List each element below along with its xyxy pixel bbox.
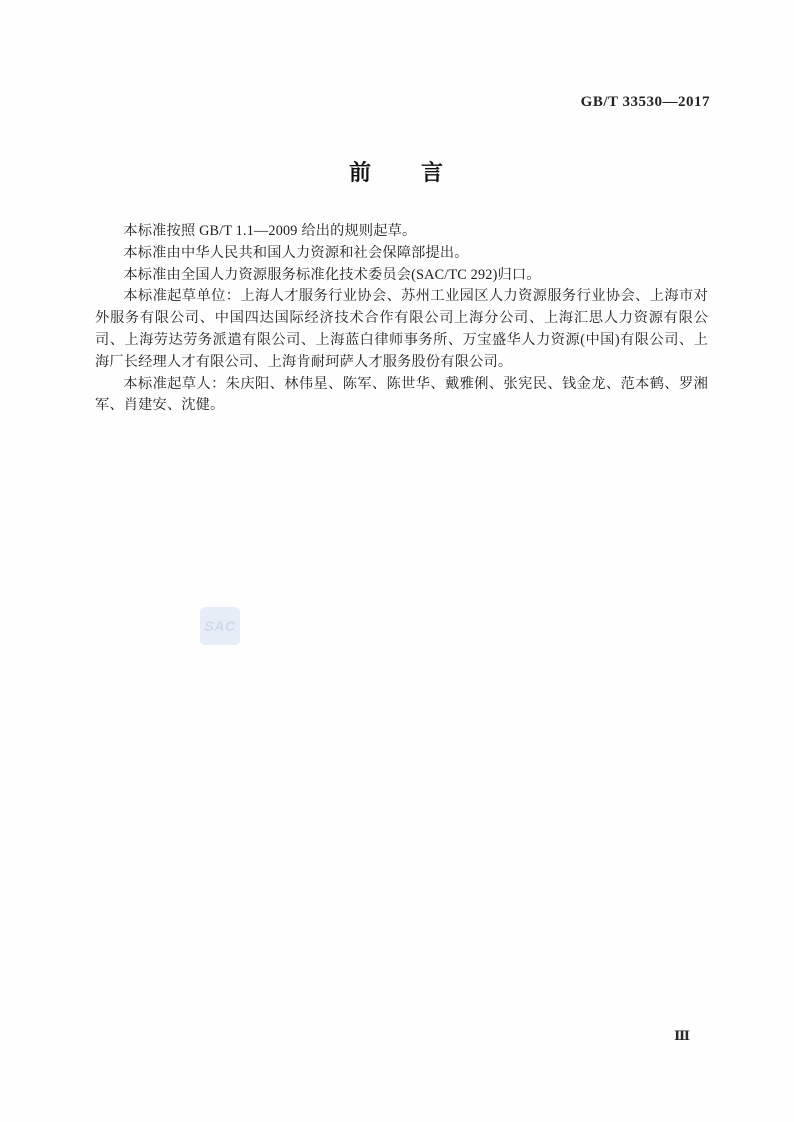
- paragraph-proposed-by: 本标准由中华人民共和国人力资源和社会保障部提出。: [95, 243, 708, 265]
- page-title: 前 言: [0, 156, 794, 187]
- paragraph-drafters: 本标准起草人：朱庆阳、林伟星、陈军、陈世华、戴雅俐、张宪民、钱金龙、范本鹤、罗湘…: [95, 374, 708, 418]
- standard-number: GB/T 33530—2017: [581, 94, 710, 111]
- sac-watermark-logo: SAC: [200, 607, 240, 645]
- foreword-body: 本标准按照 GB/T 1.1—2009 给出的规则起草。 本标准由中华人民共和国…: [95, 221, 708, 417]
- paragraph-drafting-rules: 本标准按照 GB/T 1.1—2009 给出的规则起草。: [95, 221, 708, 243]
- page-number: Ⅲ: [674, 1028, 690, 1044]
- document-page: GB/T 33530—2017 前 言 本标准按照 GB/T 1.1—2009 …: [0, 0, 794, 1122]
- sac-watermark-label: SAC: [204, 618, 235, 634]
- paragraph-drafting-organizations: 本标准起草单位：上海人才服务行业协会、苏州工业园区人力资源服务行业协会、上海市对…: [95, 286, 708, 373]
- paragraph-technical-committee: 本标准由全国人力资源服务标准化技术委员会(SAC/TC 292)归口。: [95, 265, 708, 287]
